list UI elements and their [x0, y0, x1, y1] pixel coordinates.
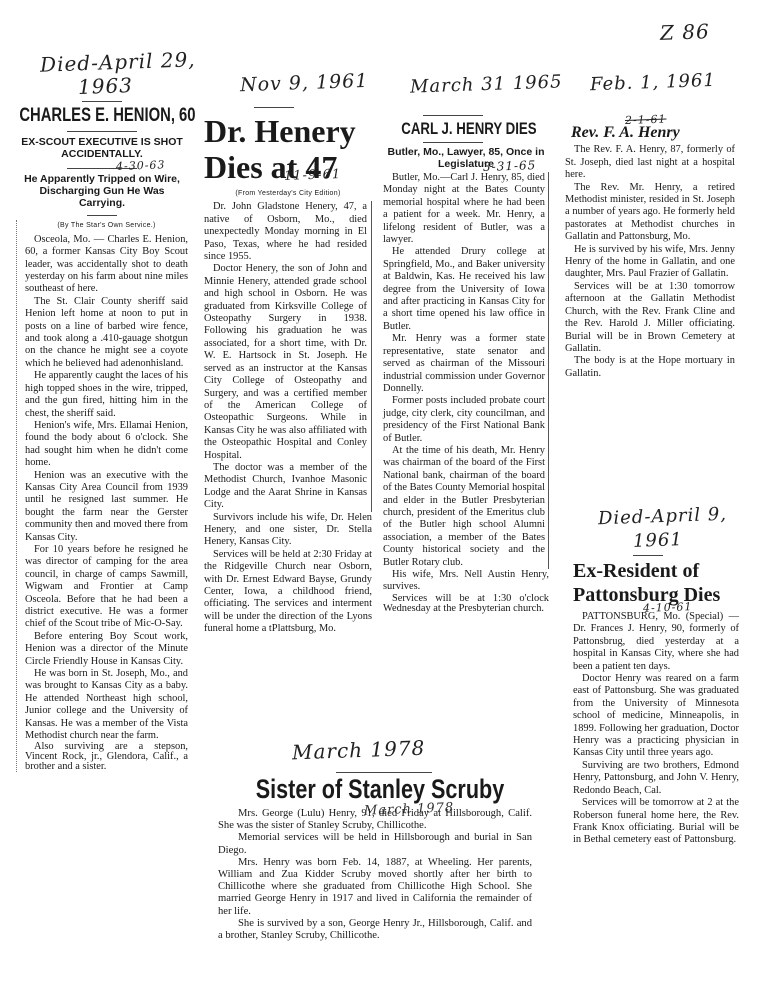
handwritten-page-number: Z 86 — [660, 19, 711, 45]
paragraph: Former posts included probate court judg… — [383, 395, 545, 445]
paragraph: Memorial services will be held in Hillsb… — [218, 832, 532, 856]
paragraph: Services will be tomorrow at 2 at the Ro… — [573, 797, 739, 847]
paragraph: She is survived by a son, George Henry J… — [218, 918, 532, 942]
credit-line: (From Yesterday's City Edition) — [204, 188, 372, 200]
headline-line-1: Dr. Henery — [204, 114, 372, 148]
handwritten-death-date: Died-April 9, — [598, 504, 728, 529]
paragraph: Services will be held at 2:30 Friday at … — [204, 549, 372, 636]
paragraph: He was born in St. Joseph, Mo., and was … — [25, 668, 188, 742]
deck-secondary: He Apparently Tripped on Wire, Dischargi… — [16, 173, 188, 209]
deck-primary: EX-SCOUT EXECUTIVE IS SHOT ACCIDENTALLY. — [16, 136, 188, 160]
paragraph: The St. Clair County sheriff said Henion… — [25, 296, 188, 370]
paragraph: PATTONSBURG, Mo. (Special) —Dr. Frances … — [573, 611, 739, 673]
paragraph: Henion was an executive with the Kansas … — [25, 470, 188, 544]
paragraph: He attended Drury college at Springfield… — [383, 246, 545, 333]
paragraph: Survivors include his wife, Dr. Helen He… — [204, 512, 372, 549]
handwritten-death-date: Feb. 1, 1961 — [590, 70, 716, 95]
paragraph: Henion's wife, Mrs. Ellamai Henion, foun… — [25, 420, 188, 470]
handwritten-death-date: March 1978 — [292, 736, 426, 765]
headline: CARL J. HENRY DIES — [401, 119, 530, 139]
paragraph: Surviving are two brothers, Edmond Henry… — [573, 760, 739, 797]
paragraph: For 10 years before he resigned he was d… — [25, 544, 188, 631]
headline: Sister of Stanley Scruby — [236, 773, 524, 805]
paragraph: Mrs. George (Lulu) Henry, 91, died Frida… — [218, 808, 532, 832]
paragraph: The doctor was a member of the Methodist… — [204, 462, 367, 512]
headline: Rev. F. A. Henry — [571, 124, 735, 142]
paragraph: Also surviving are a stepson, Vincent Ro… — [25, 742, 188, 772]
paragraph: Services will be at 1:30 tomorrow aftern… — [565, 281, 735, 355]
paragraph: At the time of his death, Mr. Henry was … — [383, 445, 545, 569]
handwritten-death-date: March 31 1965 — [410, 71, 563, 97]
handwritten-date-note: 4-10-61 — [643, 601, 693, 615]
paragraph: He is survived by his wife, Mrs. Jenny H… — [565, 244, 735, 281]
paragraph: Butler, Mo.—Carl J. Henry, 85, died Mond… — [383, 172, 545, 246]
paragraph: Mr. Henry was a former state representat… — [383, 333, 545, 395]
paragraph: Services will be at 1:30 o'clock Wednesd… — [383, 594, 549, 615]
handwritten-date-note: 3-31-65 — [483, 159, 537, 173]
paragraph: Osceola, Mo. — Charles E. Henion, 60, a … — [25, 234, 188, 296]
handwritten-death-date: Nov 9, 1961 — [240, 70, 369, 96]
handwritten-death-date: Died-April 29, — [40, 47, 196, 76]
headline: CHARLES E. HENION, 60 — [19, 105, 184, 127]
handwritten-death-year: 1963 — [78, 73, 134, 99]
paragraph: The body is at the Hope mortuary in Gall… — [565, 355, 735, 380]
handwritten-death-year: 1961 — [633, 529, 684, 552]
handwritten-date-note: 11-9-61 — [284, 169, 342, 183]
paragraph: He apparently caught the laces of his hi… — [25, 370, 188, 420]
paragraph: Before entering Boy Scout work, Henion w… — [25, 631, 188, 668]
paragraph: The Rev. Mr. Henry, a retired Methodist … — [565, 182, 735, 244]
paragraph: Doctor Henery, the son of John and Minni… — [204, 263, 367, 462]
paragraph: His wife, Mrs. Nell Austin Henry, surviv… — [383, 569, 549, 594]
paragraph: Doctor Henry was reared on a farm east o… — [573, 673, 739, 760]
handwritten-date-note: 2-1-61 — [625, 109, 760, 127]
credit-line: (By The Star's Own Service.) — [25, 220, 188, 232]
paragraph: The Rev. F. A. Henry, 87, formerly of St… — [565, 144, 735, 181]
headline-line-1: Ex-Resident of — [573, 559, 739, 583]
paragraph: Mrs. Henry was born Feb. 14, 1887, at Wh… — [218, 857, 532, 918]
paragraph: Dr. John Gladstone Henery, 47, a native … — [204, 201, 367, 263]
